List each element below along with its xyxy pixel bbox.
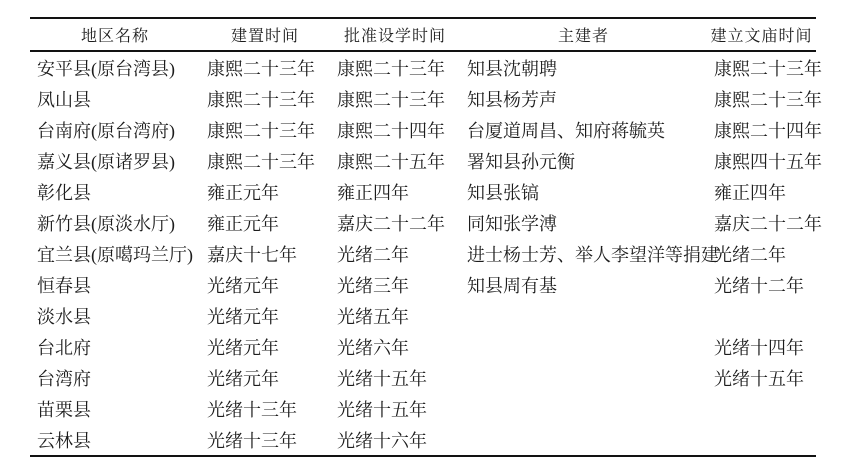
table-header-row: 地区名称 建置时间 批准设学时间 主建者 建立文庙时间 xyxy=(30,18,816,51)
table-cell: 安平县(原台湾县) xyxy=(30,51,200,83)
table-cell: 雍正四年 xyxy=(707,176,816,207)
table-row: 彰化县雍正元年雍正四年知县张镐雍正四年 xyxy=(30,176,816,207)
table-cell xyxy=(460,393,707,424)
table-cell: 彰化县 xyxy=(30,176,200,207)
header-school-approval-time: 批准设学时间 xyxy=(330,18,460,51)
table-cell: 康熙二十三年 xyxy=(200,83,330,114)
table-cell xyxy=(707,393,816,424)
table-cell: 恒春县 xyxy=(30,269,200,300)
table-cell xyxy=(707,300,816,331)
table-cell: 知县周有基 xyxy=(460,269,707,300)
table-cell: 康熙二十四年 xyxy=(707,114,816,145)
table-cell xyxy=(460,362,707,393)
table-cell xyxy=(460,424,707,456)
table-cell: 淡水县 xyxy=(30,300,200,331)
table-cell: 雍正元年 xyxy=(200,207,330,238)
table-cell xyxy=(707,424,816,456)
confucian-temple-table: 地区名称 建置时间 批准设学时间 主建者 建立文庙时间 安平县(原台湾县)康熙二… xyxy=(30,17,816,457)
table-cell: 署知县孙元衡 xyxy=(460,145,707,176)
scanned-document-page: 地区名称 建置时间 批准设学时间 主建者 建立文庙时间 安平县(原台湾县)康熙二… xyxy=(0,0,841,470)
table-cell: 云林县 xyxy=(30,424,200,456)
table-cell: 光绪五年 xyxy=(330,300,460,331)
table-cell: 光绪十五年 xyxy=(330,393,460,424)
table-cell: 康熙二十三年 xyxy=(707,51,816,83)
table-cell: 凤山县 xyxy=(30,83,200,114)
table-cell: 台南府(原台湾府) xyxy=(30,114,200,145)
table-cell: 光绪元年 xyxy=(200,269,330,300)
table-cell: 台厦道周昌、知府蒋毓英 xyxy=(460,114,707,145)
table-cell: 康熙二十三年 xyxy=(330,51,460,83)
table-cell: 康熙二十三年 xyxy=(200,51,330,83)
table-row: 云林县光绪十三年光绪十六年 xyxy=(30,424,816,456)
table-cell: 光绪二年 xyxy=(330,238,460,269)
table-cell: 光绪十五年 xyxy=(707,362,816,393)
table-cell xyxy=(460,300,707,331)
table-row: 嘉义县(原诸罗县)康熙二十三年康熙二十五年署知县孙元衡康熙四十五年 xyxy=(30,145,816,176)
table-row: 台南府(原台湾府)康熙二十三年康熙二十四年台厦道周昌、知府蒋毓英康熙二十四年 xyxy=(30,114,816,145)
table-cell: 新竹县(原淡水厅) xyxy=(30,207,200,238)
table-cell: 台湾府 xyxy=(30,362,200,393)
table-cell: 光绪元年 xyxy=(200,331,330,362)
table-cell: 嘉庆二十二年 xyxy=(330,207,460,238)
table-cell: 台北府 xyxy=(30,331,200,362)
table-cell: 康熙二十三年 xyxy=(330,83,460,114)
table-cell: 光绪十二年 xyxy=(707,269,816,300)
header-main-builder: 主建者 xyxy=(460,18,707,51)
table-cell: 光绪十三年 xyxy=(200,424,330,456)
table-cell: 康熙二十五年 xyxy=(330,145,460,176)
table-cell: 康熙二十三年 xyxy=(200,114,330,145)
table-cell: 光绪十六年 xyxy=(330,424,460,456)
table-row: 宜兰县(原噶玛兰厅)嘉庆十七年光绪二年进士杨士芳、举人李望洋等捐建光绪二年 xyxy=(30,238,816,269)
table-body: 安平县(原台湾县)康熙二十三年康熙二十三年知县沈朝聘康熙二十三年凤山县康熙二十三… xyxy=(30,51,816,456)
table-cell: 康熙二十三年 xyxy=(707,83,816,114)
table-cell: 光绪二年 xyxy=(707,238,816,269)
table-cell: 苗栗县 xyxy=(30,393,200,424)
table-cell: 同知张学溥 xyxy=(460,207,707,238)
table-row: 安平县(原台湾县)康熙二十三年康熙二十三年知县沈朝聘康熙二十三年 xyxy=(30,51,816,83)
table-cell: 知县沈朝聘 xyxy=(460,51,707,83)
table-row: 台北府光绪元年光绪六年光绪十四年 xyxy=(30,331,816,362)
table-cell: 光绪十三年 xyxy=(200,393,330,424)
header-temple-founding-time: 建立文庙时间 xyxy=(707,18,816,51)
table-cell: 雍正四年 xyxy=(330,176,460,207)
table-cell: 康熙二十三年 xyxy=(200,145,330,176)
table-row: 恒春县光绪元年光绪三年知县周有基光绪十二年 xyxy=(30,269,816,300)
table-cell: 光绪元年 xyxy=(200,300,330,331)
header-establishment-time: 建置时间 xyxy=(200,18,330,51)
table-row: 淡水县光绪元年光绪五年 xyxy=(30,300,816,331)
table-cell: 光绪十四年 xyxy=(707,331,816,362)
table-row: 苗栗县光绪十三年光绪十五年 xyxy=(30,393,816,424)
table-cell: 嘉义县(原诸罗县) xyxy=(30,145,200,176)
table-cell: 知县张镐 xyxy=(460,176,707,207)
table-cell: 知县杨芳声 xyxy=(460,83,707,114)
table-cell: 嘉庆十七年 xyxy=(200,238,330,269)
table-cell: 康熙二十四年 xyxy=(330,114,460,145)
table-row: 台湾府光绪元年光绪十五年光绪十五年 xyxy=(30,362,816,393)
table-cell: 光绪十五年 xyxy=(330,362,460,393)
table-cell: 嘉庆二十二年 xyxy=(707,207,816,238)
table-row: 新竹县(原淡水厅)雍正元年嘉庆二十二年同知张学溥嘉庆二十二年 xyxy=(30,207,816,238)
table-cell: 进士杨士芳、举人李望洋等捐建 xyxy=(460,238,707,269)
table-cell xyxy=(460,331,707,362)
table-cell: 宜兰县(原噶玛兰厅) xyxy=(30,238,200,269)
table-cell: 光绪元年 xyxy=(200,362,330,393)
table-row: 凤山县康熙二十三年康熙二十三年知县杨芳声康熙二十三年 xyxy=(30,83,816,114)
header-region-name: 地区名称 xyxy=(30,18,200,51)
table-cell: 光绪三年 xyxy=(330,269,460,300)
table-cell: 雍正元年 xyxy=(200,176,330,207)
table-cell: 光绪六年 xyxy=(330,331,460,362)
table-cell: 康熙四十五年 xyxy=(707,145,816,176)
